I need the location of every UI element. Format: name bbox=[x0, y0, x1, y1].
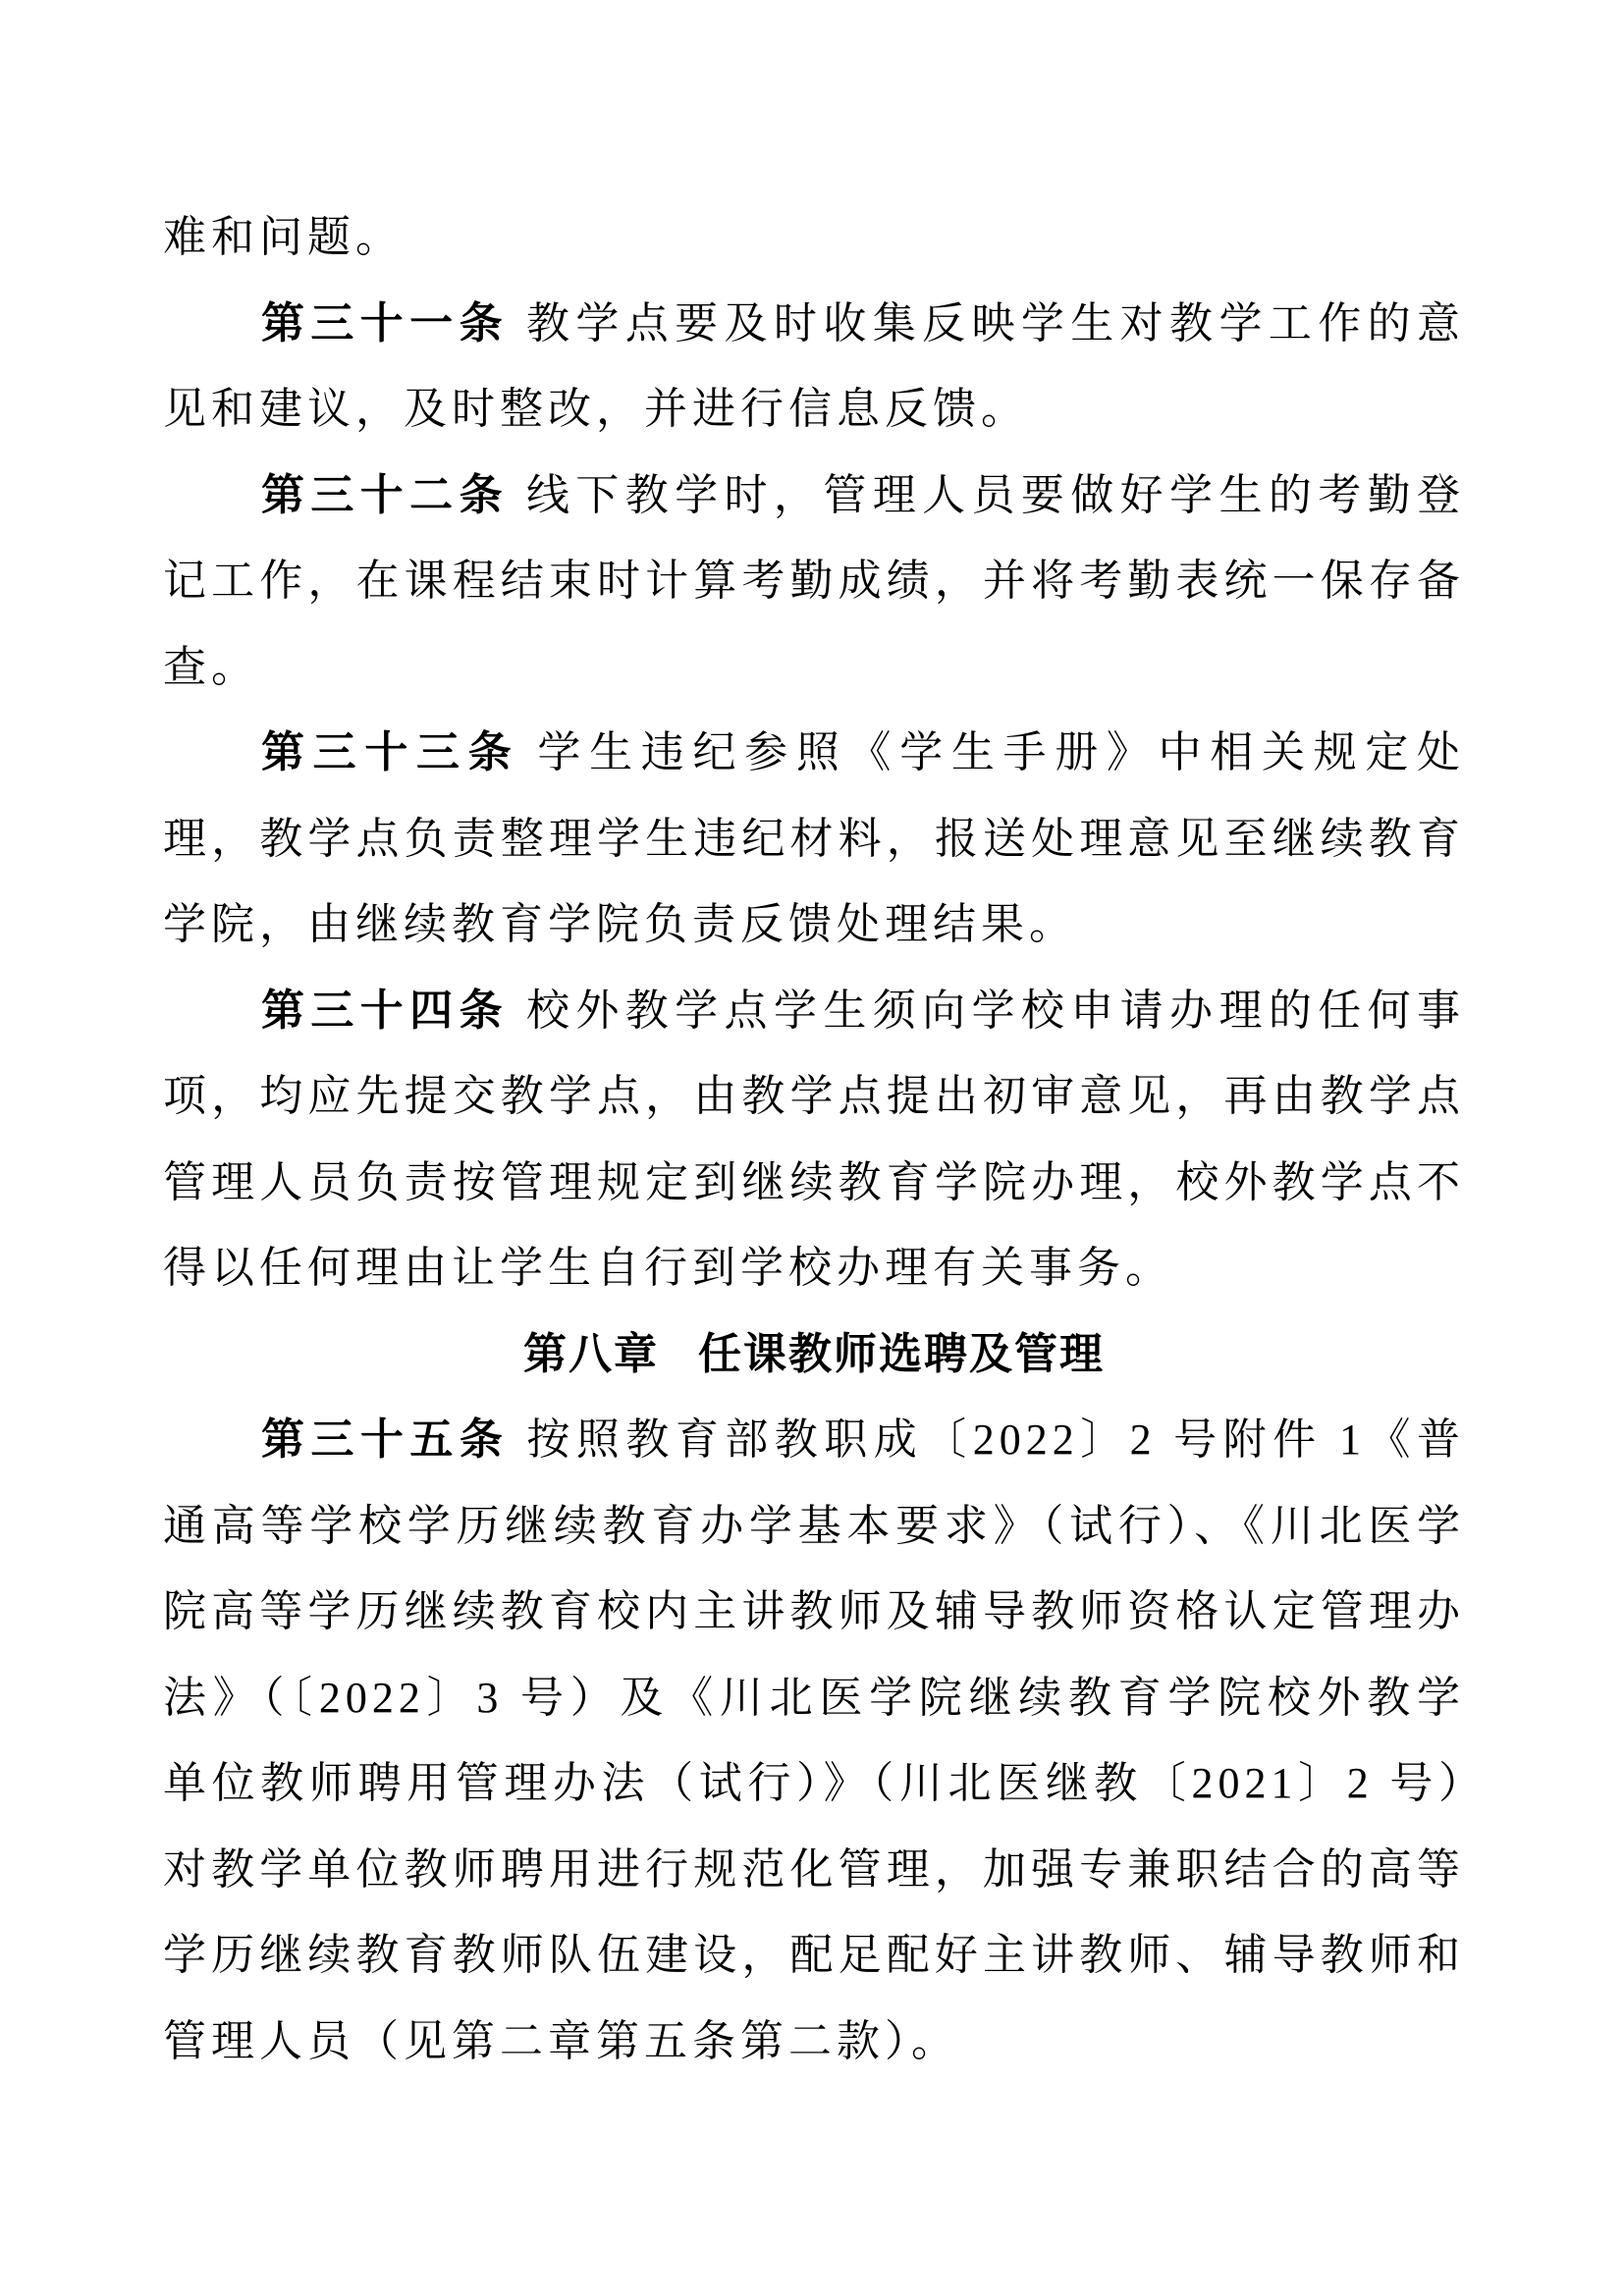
article-number: 第三十四条 bbox=[261, 987, 509, 1035]
document-body: 难和问题。第三十一条教学点要及时收集反映学生对教学工作的意见和建议，及时整改，并… bbox=[163, 194, 1465, 2084]
article-number: 第三十五条 bbox=[261, 1415, 509, 1464]
article-paragraph: 第三十五条按照教育部教职成〔2022〕2 号附件 1《普通高等学校学历继续教育办… bbox=[163, 1397, 1465, 2084]
article-number: 第三十三条 bbox=[261, 728, 519, 776]
chapter-number: 第八章 bbox=[523, 1330, 659, 1378]
chapter-title: 任课教师选聘及管理 bbox=[698, 1330, 1105, 1378]
article-paragraph: 第三十三条学生违纪参照《学生手册》中相关规定处理，教学点负责整理学生违纪材料，报… bbox=[163, 710, 1465, 968]
continuation-paragraph: 难和问题。 bbox=[163, 194, 1465, 281]
article-number: 第三十二条 bbox=[261, 471, 509, 519]
paragraph-text: 难和问题。 bbox=[163, 213, 404, 261]
chapter-heading: 第八章任课教师选聘及管理 bbox=[163, 1311, 1465, 1398]
article-paragraph: 第三十一条教学点要及时收集反映学生对教学工作的意见和建议，及时整改，并进行信息反… bbox=[163, 281, 1465, 453]
article-paragraph: 第三十二条线下教学时，管理人员要做好学生的考勤登记工作，在课程结束时计算考勤成绩… bbox=[163, 453, 1465, 711]
paragraph-text: 按照教育部教职成〔2022〕2 号附件 1《普通高等学校学历继续教育办学基本要求… bbox=[163, 1415, 1465, 2065]
document-page: 难和问题。第三十一条教学点要及时收集反映学生对教学工作的意见和建议，及时整改，并… bbox=[0, 0, 1624, 2296]
article-number: 第三十一条 bbox=[261, 299, 509, 347]
article-paragraph: 第三十四条校外教学点学生须向学校申请办理的任何事项，均应先提交教学点，由教学点提… bbox=[163, 968, 1465, 1311]
